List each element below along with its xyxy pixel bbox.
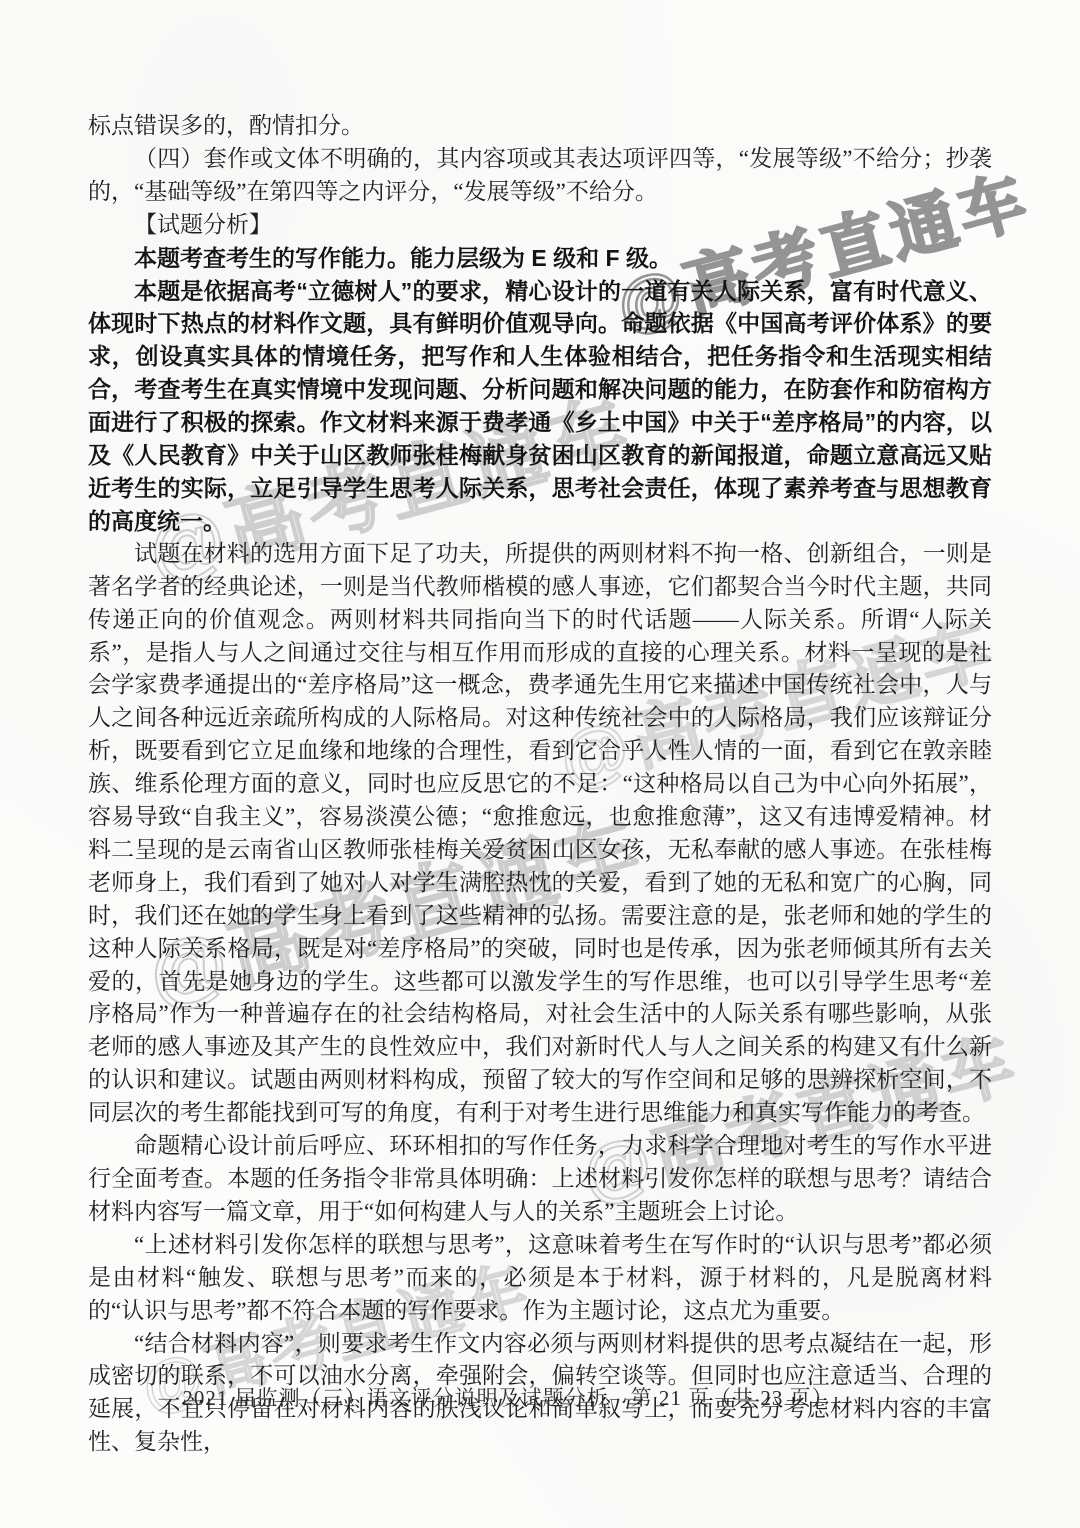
page-footer: 2021 届监测（三）语文评分说明及试题分析 第 21 页（共 23 页） xyxy=(0,1382,1016,1412)
paragraph-design-intent: 本题是依据高考“立德树人”的要求，精心设计的一道有关人际关系，富有时代意义、体现… xyxy=(88,275,992,538)
paragraph-task-design: 命题精心设计前后呼应、环环相扣的写作任务，力求科学合理地对考生的写作水平进行全面… xyxy=(88,1130,992,1229)
paragraph-association-requirement: “上述材料引发你怎样的联想与思考”，这意味着考生在写作时的“认识与思考”都必须是… xyxy=(88,1229,992,1328)
document-body: 标点错误多的，酌情扣分。（四）套作或文体不明确的，其内容项或其表达项评四等，“发… xyxy=(88,110,992,1459)
paragraph-rule-four: （四）套作或文体不明确的，其内容项或其表达项评四等，“发展等级”不给分；抄袭的，… xyxy=(88,143,992,209)
scanned-document-page: @高考直通车@高考直通车@高考直通车@高考直通车@高考直通车@高考直通车 标点错… xyxy=(0,0,1080,1528)
paragraph-material-analysis: 试题在材料的选用方面下足了功夫，所提供的两则材料不拘一格、创新组合，一则是著名学… xyxy=(88,538,992,1130)
section-heading-analysis: 【试题分析】 xyxy=(88,209,992,242)
paragraph-continuation: 标点错误多的，酌情扣分。 xyxy=(88,110,992,143)
paragraph-ability-level: 本题考查考生的写作能力。能力层级为 E 级和 F 级。 xyxy=(88,242,992,275)
